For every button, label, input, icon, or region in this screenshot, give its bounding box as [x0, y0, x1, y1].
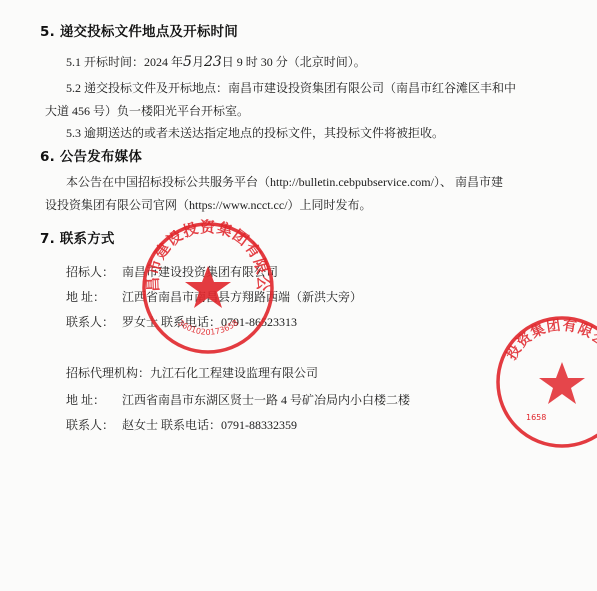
- section-5-heading: 5. 递交投标文件地点及开标时间: [40, 20, 238, 40]
- section-6-heading: 6. 公告发布媒体: [40, 145, 142, 165]
- contact-label: 联系人：: [66, 313, 114, 330]
- section-7-heading: 7. 联系方式: [40, 227, 115, 247]
- agency-contact-value: 赵女士 联系电话：0791-88332359: [122, 416, 297, 433]
- submission-location-line1: 5.2 递交投标文件及开标地点：南昌市建设投资集团有限公司（南昌市红谷滩区丰和中: [66, 79, 516, 96]
- submission-location-line2: 大道 456 号）负一楼阳光平台开标室。: [45, 102, 249, 119]
- media-line1: 本公告在中国招标投标公共服务平台（http://bulletin.cebpubs…: [66, 173, 503, 190]
- address-value: 江西省南昌市南昌县方翔路西端（新洪大旁）: [122, 288, 362, 305]
- opening-time: 5.1 开标时间：2024 年5月23日 9 时 30 分（北京时间）。: [66, 53, 366, 70]
- agency-value: 九江石化工程建设监理有限公司: [150, 364, 318, 381]
- agency-address-label: 地 址：: [66, 391, 105, 408]
- agency-label: 招标代理机构：: [66, 364, 150, 381]
- agency-contact-label: 联系人：: [66, 416, 114, 433]
- address-label: 地 址：: [66, 288, 105, 305]
- month-label: 月: [192, 55, 204, 69]
- seal-text: 南昌市建设投资集团有限公司: [138, 218, 272, 292]
- handwritten-day: 23: [204, 54, 222, 70]
- partial-seal-text: 投资集团有限公司: [503, 317, 597, 363]
- handwritten-month: 5: [183, 54, 192, 70]
- agency-address-value: 江西省南昌市东湖区贤士一路 4 号矿冶局内小白楼二楼: [122, 391, 410, 408]
- opening-time-suffix: 日 9 时 30 分（北京时间）。: [222, 55, 366, 69]
- tenderer-label: 招标人：: [66, 263, 114, 280]
- svg-text:南昌市建设投资集团有限公司: 南昌市建设投资集团有限公司: [138, 218, 272, 292]
- svg-text:投资集团有限公司: 投资集团有限公司: [503, 317, 597, 363]
- tenderer-value: 南昌市建设投资集团有限公司: [122, 263, 278, 280]
- contact-value: 罗女士 联系电话：0791-86523313: [122, 313, 297, 330]
- document-page: 5. 递交投标文件地点及开标时间 5.1 开标时间：2024 年5月23日 9 …: [0, 0, 597, 591]
- partial-seal-code: 1658: [526, 413, 546, 422]
- late-submission-rule: 5.3 逾期送达的或者未送达指定地点的投标文件，其投标文件将被拒收。: [66, 124, 444, 141]
- media-line2: 设投资集团有限公司官网（https://www.ncct.cc/）上同时发布。: [45, 196, 372, 213]
- opening-time-prefix: 5.1 开标时间：2024 年: [66, 55, 183, 69]
- partial-seal-icon: 投资集团有限公司 1658: [492, 312, 597, 452]
